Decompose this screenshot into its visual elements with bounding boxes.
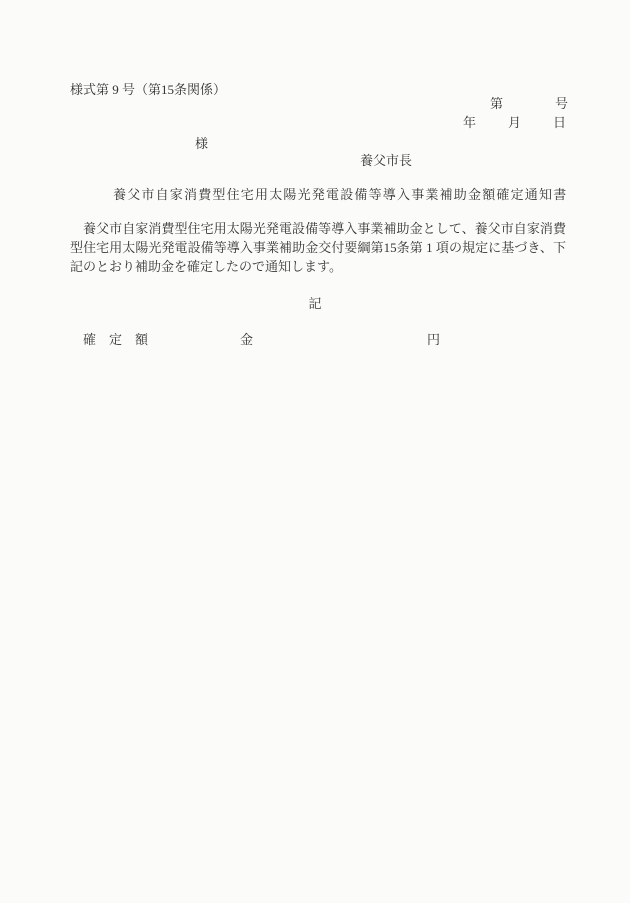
document-page: 様式第 9 号（第15条関係） 第 号 年 月 日 様 養父市長 養父市自家消費… bbox=[0, 0, 630, 903]
determined-amount-label: 確 定 額 bbox=[83, 330, 148, 349]
body-paragraph: 養父市自家消費型住宅用太陽光発電設備等導入事業補助金として、養父市自家消費 型住… bbox=[70, 219, 566, 276]
amount-currency-suffix: 円 bbox=[427, 330, 440, 349]
record-heading: 記 bbox=[0, 294, 630, 313]
date-placeholder: 年 月 日 bbox=[463, 113, 568, 132]
body-line-2: 型住宅用太陽光発電設備等導入事業補助金交付要綱第15条第 1 項の規定に基づき、… bbox=[70, 238, 566, 257]
sender-mayor: 養父市長 bbox=[360, 151, 412, 170]
amount-currency-prefix: 金 bbox=[240, 330, 253, 349]
doc-number-placeholder: 第 号 bbox=[490, 94, 568, 113]
body-line-3: 記のとおり補助金を確定したので通知します。 bbox=[70, 257, 566, 276]
document-title: 養父市自家消費型住宅用太陽光発電設備等導入事業補助金額確定通知書 bbox=[113, 185, 567, 204]
addressee-honorific: 様 bbox=[195, 134, 208, 153]
form-number: 様式第 9 号（第15条関係） bbox=[70, 80, 226, 99]
body-line-1: 養父市自家消費型住宅用太陽光発電設備等導入事業補助金として、養父市自家消費 bbox=[70, 219, 566, 238]
